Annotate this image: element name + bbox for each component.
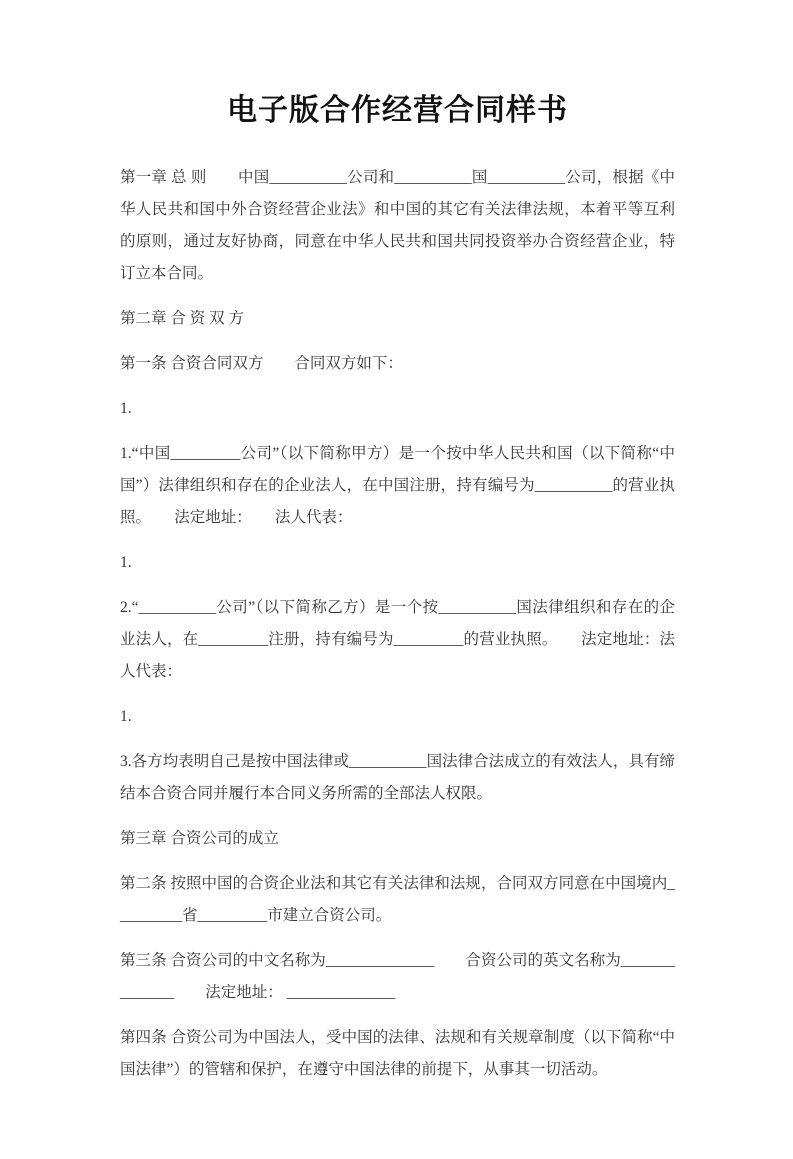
document-page: 电子版合作经营合同样书 第一章 总 则 中国__________公司和_____…	[0, 0, 793, 1159]
para-article-2-location: 第二条 按照中国的合资企业法和其它有关法律和法规，合同双方同意在中国境内____…	[120, 868, 675, 932]
list-marker-1b: 1.	[120, 547, 675, 579]
para-party-b-description: 2.“__________公司”（以下简称乙方）是一个按__________国法…	[120, 592, 675, 688]
list-marker-1c: 1.	[120, 701, 675, 733]
document-title: 电子版合作经营合同样书	[120, 90, 675, 132]
para-party-a-description: 1.“中国_________公司”（以下简称甲方）是一个按中华人民共和国（以下简…	[120, 438, 675, 534]
list-marker-1a: 1.	[120, 393, 675, 425]
para-item-3-legal-capacity: 3.各方均表明自己是按中国法律或__________国法律合法成立的有效法人，具…	[120, 746, 675, 810]
para-article-1-parties: 第一条 合资合同双方 合同双方如下：	[120, 348, 675, 380]
para-chapter-1-general: 第一章 总 则 中国__________公司和__________国______…	[120, 162, 675, 290]
para-article-3-company-name: 第三条 合资公司的中文名称为______________ 合资公司的英文名称为_…	[120, 945, 675, 1009]
heading-chapter-2-parties: 第二章 合 资 双 方	[120, 303, 675, 335]
para-article-4-legal-person: 第四条 合资公司为中国法人，受中国的法律、法规和有关规章制度（以下简称“中国法律…	[120, 1022, 675, 1086]
heading-chapter-3-establishment: 第三章 合资公司的成立	[120, 823, 675, 855]
